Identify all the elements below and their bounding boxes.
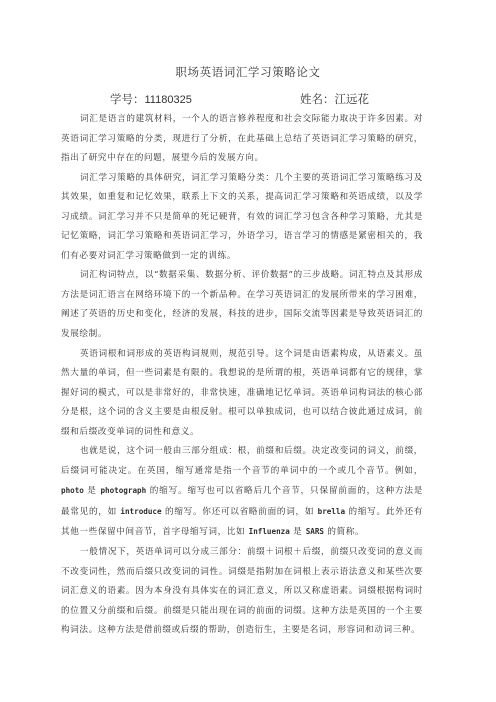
paragraph-2: 词汇学习策略的具体研究，词汇学习策略分类：几个主要的英语词汇学习策略练习及其效果… [61,169,423,267]
paragraph-1: 词汇是语言的建筑材料，一个人的语言修养程度和社会交际能力取决于许多因素。对英语词… [61,110,423,169]
document-page: 职场英语词汇学习策略论文 学号：11180325 姓名：江远花 词汇是语言的建筑… [0,0,496,702]
document-title: 职场英语词汇学习策略论文 [0,64,496,80]
student-id: 学号：11180325 [110,91,192,107]
paragraph-5-text: 是 [84,486,101,496]
term-brella: brella [318,507,345,516]
term-sars: SARS [306,527,324,536]
term-introduce: introduce [120,507,161,516]
paragraph-5-text: 的缩写。你还可以省略前面的词，如 [162,507,318,517]
student-name-value: 江远花 [335,92,370,106]
student-name-label: 姓名： [300,92,335,106]
paragraph-6: 一般情况下，英语单词可以分成三部分：前缀＋词根＋后缀，前缀只改变词的意义而不改变… [61,543,423,641]
student-name: 姓名：江远花 [300,91,369,107]
paragraph-5-text: 的简称。 [324,527,364,537]
term-influenza: Influenza [249,527,290,536]
term-photo: photo [61,486,84,495]
paragraph-5: 也就是说，这个词一般由三部分组成：根，前缀和后缀。决定改变词的词义，前缀，后缀词… [61,442,423,543]
paragraph-3: 词汇构词特点，以“数据采集、数据分析、评价数据”的三步战略。词汇特点及其形成方法… [61,266,423,344]
paragraph-5-text: 是 [290,527,306,537]
author-info: 学号：11180325 姓名：江远花 [110,91,390,107]
student-id-label: 学号： [110,92,145,106]
document-body: 词汇是语言的建筑材料，一个人的语言修养程度和社会交际能力取决于许多因素。对英语词… [61,110,423,641]
paragraph-5-text: 也就是说，这个词一般由三部分组成：根，前缀和后缀。决定改变词的词义，前缀，后缀词… [61,446,423,476]
paragraph-4: 英语词根和词形成的英语构词规则，规范引导。这个词是由语素构成，从语素义。虽然大量… [61,345,423,443]
term-photograph: photograph [100,486,146,495]
student-id-value: 11180325 [145,94,192,106]
